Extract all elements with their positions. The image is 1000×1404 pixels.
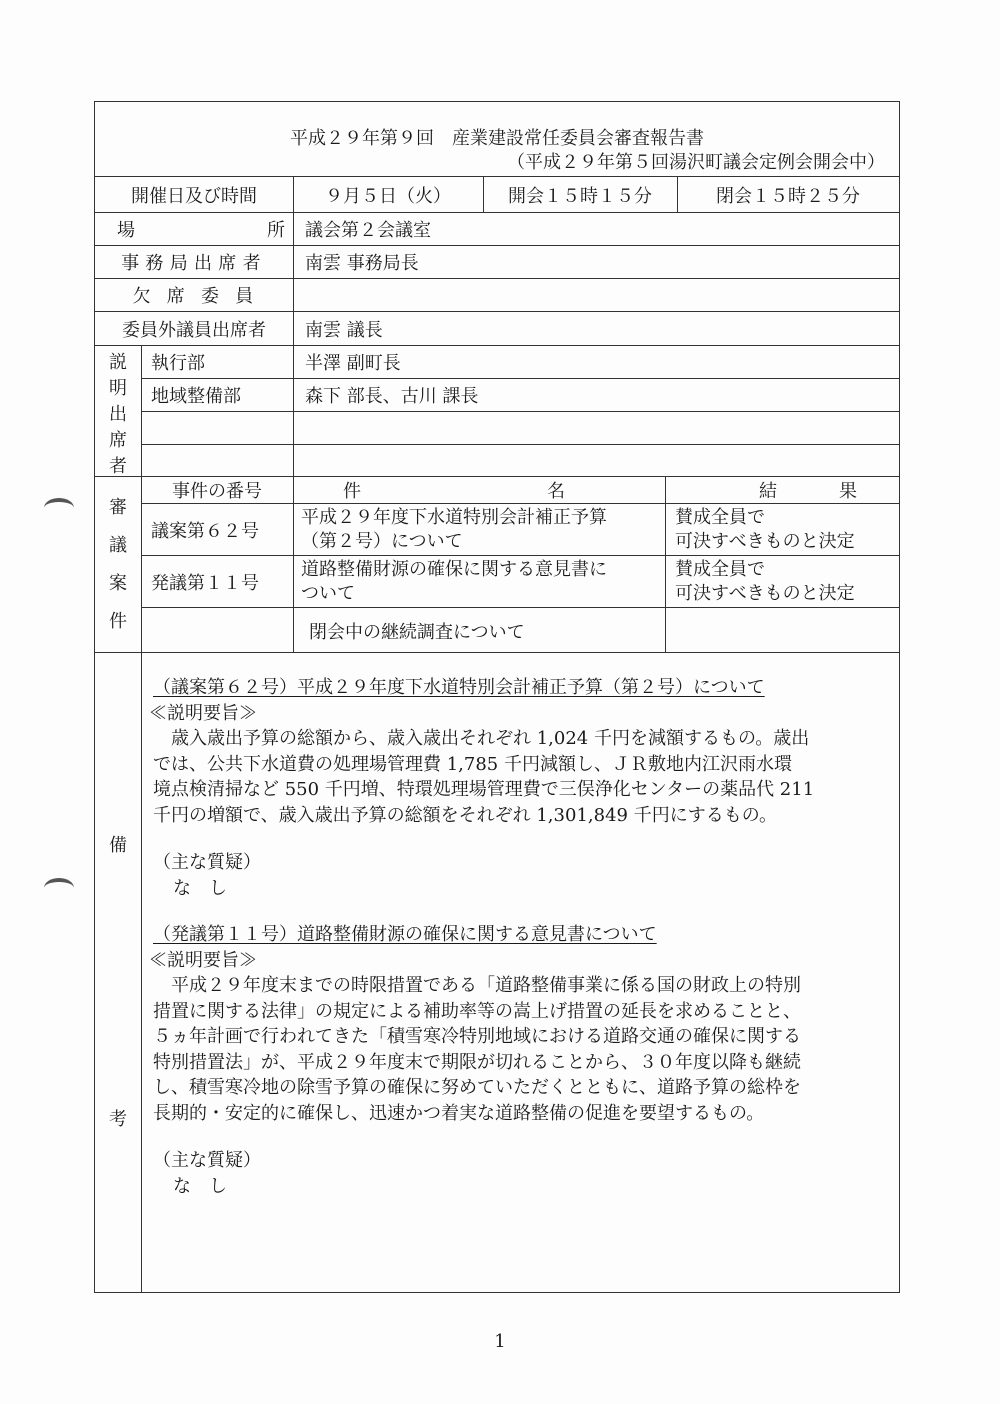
- absent-row: 欠席委員: [95, 278, 899, 311]
- summary-label: ≪説明要旨≫: [149, 701, 889, 727]
- schedule-row: 開催日及び時間 ９月５日（火） 開会１５時１５分 閉会１５時２５分: [95, 176, 899, 212]
- case-name: 道路整備財源の確保に関する意見書について: [301, 556, 607, 607]
- place-row: 場所 議会第２会議室: [95, 212, 899, 245]
- summary-line: 千円の増額で、歳入歳出予算の総額をそれぞれ 1,301,849 千円にするもの。: [153, 803, 889, 829]
- section-heading: （発議第１１号）道路整備財源の確保に関する意見書について: [153, 922, 889, 948]
- case-result: 賛成全員で可決すべきものと決定: [675, 504, 855, 555]
- explainer-row: [141, 444, 899, 477]
- case-row: 発議第１１号 道路整備財源の確保に関する意見書について 賛成全員で可決すべきもの…: [141, 555, 899, 607]
- cases-block: 審 議 案 件 事件の番号 件名 結果 議案第６２号 平成２９年度下水道特別会計…: [95, 476, 899, 652]
- secretariat-label: 事務局出席者: [95, 246, 293, 278]
- case-row: 閉会中の継続調査について: [141, 607, 899, 653]
- case-result: 賛成全員で可決すべきものと決定: [675, 556, 855, 607]
- summary-line: 平成２９年度末までの時限措置である「道路整備事業に係る国の財政上の特別: [153, 973, 889, 999]
- section-heading: （議案第６２号）平成２９年度下水道特別会計補正予算（第２号）について: [153, 675, 889, 701]
- summary-label: ≪説明要旨≫: [149, 948, 889, 974]
- header-name: 件名: [293, 477, 665, 503]
- explainer-row: 執行部 半澤 副町長: [141, 346, 899, 378]
- summary-line: 歳入歳出予算の総額から、歳入歳出それぞれ 1,024 千円を減額するもの。歳出: [153, 726, 889, 752]
- schedule-open: 開会１５時１５分: [483, 177, 677, 212]
- summary-line: 措置に関する法律」の規定による補助率等の嵩上げ措置の延長を求めることと、: [153, 999, 889, 1025]
- case-number: 発議第１１号: [151, 556, 259, 607]
- case-name: 閉会中の継続調査について: [309, 608, 525, 653]
- punch-hole-bottom: [44, 878, 74, 898]
- remarks-block: 備 考 （議案第６２号）平成２９年度下水道特別会計補正予算（第２号）について ≪…: [95, 652, 899, 1292]
- place-value: 議会第２会議室: [305, 213, 431, 245]
- schedule-label: 開催日及び時間: [95, 177, 293, 212]
- summary-line: し、積雪寒冷地の除雪予算の確保に努めていただくとともに、道路予算の総枠を: [153, 1075, 889, 1101]
- non-member-label: 委員外議員出席者: [95, 312, 293, 345]
- qa-label: （主な質疑）: [153, 850, 889, 876]
- secretariat-row: 事務局出席者 南雲 事務局長: [95, 245, 899, 278]
- header-number: 事件の番号: [141, 477, 293, 503]
- summary-line: では、公共下水道費の処理場管理費 1,785 千円減額し、ＪＲ敷地内江沢雨水環: [153, 752, 889, 778]
- explainer-names: 森下 部長、古川 課長: [305, 379, 478, 411]
- non-member-value: 南雲 議長: [305, 312, 383, 345]
- secretariat-value: 南雲 事務局長: [305, 246, 419, 278]
- explainers-block: 説 明 出 席 者 執行部 半澤 副町長 地域整備部 森下 部長、古川 課長: [95, 345, 899, 476]
- explainer-dept: 地域整備部: [151, 379, 241, 411]
- summary-line: ５ヵ年計画で行われてきた「積雪寒冷特別地域における道路交通の確保に関する: [153, 1024, 889, 1050]
- qa-value: な し: [153, 1174, 889, 1200]
- summary-line: 長期的・安定的に確保し、迅速かつ着実な道路整備の促進を要望するもの。: [153, 1101, 889, 1127]
- cases-side-label: 審 議 案 件: [95, 489, 141, 641]
- explainer-dept: 執行部: [151, 346, 205, 378]
- header-result: 結果: [665, 477, 899, 503]
- summary-line: 特別措置法」が、平成２９年度末で期限が切れることから、３０年度以降も継続: [153, 1050, 889, 1076]
- explainer-row: 地域整備部 森下 部長、古川 課長: [141, 378, 899, 411]
- remarks-section-1: （議案第６２号）平成２９年度下水道特別会計補正予算（第２号）について ≪説明要旨…: [153, 675, 889, 901]
- place-label: 場所: [117, 213, 285, 245]
- non-member-row: 委員外議員出席者 南雲 議長: [95, 311, 899, 345]
- cases-header: 事件の番号 件名 結果: [141, 477, 899, 503]
- case-row: 議案第６２号 平成２９年度下水道特別会計補正予算（第２号）について 賛成全員で可…: [141, 503, 899, 555]
- page-number: 1: [0, 1331, 1000, 1352]
- remarks-side-label-2: 考: [95, 1107, 141, 1133]
- explainer-names: 半澤 副町長: [305, 346, 401, 378]
- title-main: 平成２９年第９回 産業建設常任委員会審査報告書: [95, 124, 899, 150]
- remarks-section-2: （発議第１１号）道路整備財源の確保に関する意見書について ≪説明要旨≫ 平成２９…: [153, 922, 889, 1199]
- qa-label: （主な質疑）: [153, 1148, 889, 1174]
- explainer-row: [141, 411, 899, 444]
- schedule-date: ９月５日（火）: [293, 177, 483, 212]
- title-sub: （平成２９年第５回湯沢町議会定例会開会中）: [507, 148, 885, 174]
- summary-line: 境点検清掃など 550 千円増、特環処理場管理費で三俣浄化センターの薬品代 21…: [153, 777, 889, 803]
- absent-label: 欠席委員: [95, 279, 293, 311]
- case-number: 議案第６２号: [151, 504, 259, 555]
- punch-hole-top: [44, 498, 74, 518]
- schedule-close: 閉会１５時２５分: [677, 177, 899, 212]
- qa-value: な し: [153, 876, 889, 902]
- explainers-side-label: 説 明 出 席 者: [95, 350, 141, 480]
- remarks-side-label-1: 備: [95, 833, 141, 859]
- case-name: 平成２９年度下水道特別会計補正予算（第２号）について: [301, 504, 607, 555]
- report-table: 平成２９年第９回 産業建設常任委員会審査報告書 （平成２９年第５回湯沢町議会定例…: [94, 101, 900, 1293]
